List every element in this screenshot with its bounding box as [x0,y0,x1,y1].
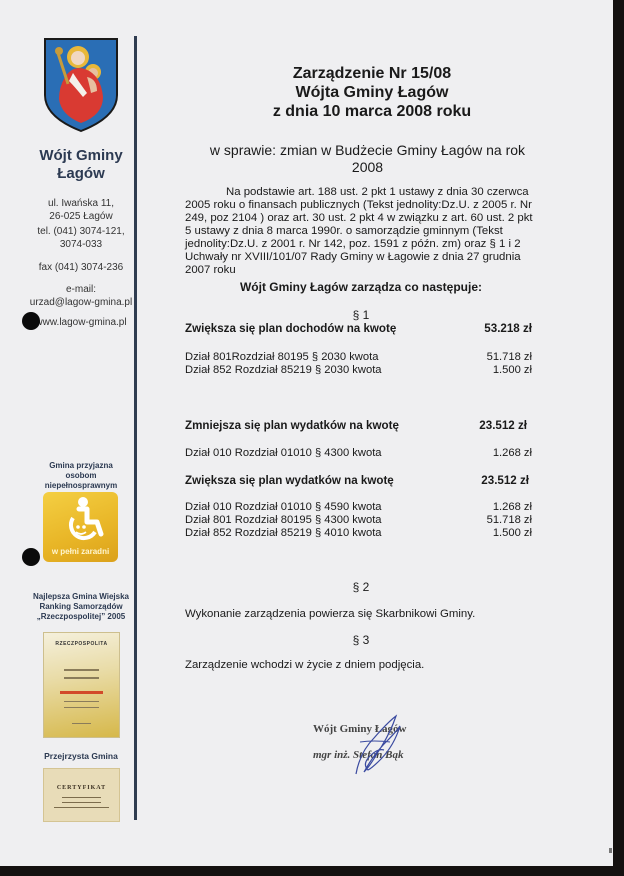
letterhead-sidebar: Wójt Gminy Łagów ul. Iwańska 11, 26-025 … [0,0,135,866]
email-link[interactable]: urzad@lagow-gmina.pl [0,296,162,309]
award-diploma-image: RZECZPOSPOLITA [43,632,120,738]
legal-basis-paragraph: Na podstawie art. 188 ust. 2 pkt 1 ustaw… [185,186,537,277]
badge-accessibility-title: Gmina przyjazna osobom niepełnosprawnym [0,461,162,491]
scan-border-bottom [0,866,624,876]
certificate-image: CERTYFIKAT [43,768,120,822]
address: ul. Iwańska 11, 26-025 Łagów [0,197,162,223]
sidebar-divider [134,36,137,820]
accessibility-badge: w pełni zaradni [43,492,118,562]
section-3-text: Zarządzenie wchodzi w życie z dniem podj… [185,659,424,671]
email: e-mail: urzad@lagow-gmina.pl [0,283,162,309]
office-title: Wójt Gminy Łagów [0,147,162,183]
section-3-heading: § 3 [185,633,537,647]
punch-hole [22,548,40,566]
handwritten-signature-icon [350,712,406,780]
coat-of-arms-icon [43,37,119,133]
scan-border-right [613,0,624,876]
section-1-heading: § 1 [185,308,537,322]
scan-artifact [609,848,612,853]
fax: fax (041) 3074-236 [0,261,162,274]
badge-ranking-title: Najlepsza Gmina Wiejska Ranking Samorząd… [0,592,162,622]
section-2-text: Wykonanie zarządzenia powierza się Skarb… [185,608,475,620]
document-page: Wójt Gminy Łagów ul. Iwańska 11, 26-025 … [0,0,613,866]
section-2-heading: § 2 [185,580,537,594]
telephone: tel. (041) 3074-121, 3074-033 [0,225,162,251]
wheelchair-icon [43,492,118,544]
badge-caption: w pełni zaradni [43,547,118,556]
document-subject: w sprawie: zmian w Budżecie Gminy Łagów … [190,142,545,176]
punch-hole [22,312,40,330]
decree-statement: Wójt Gminy Łagów zarządza co następuje: [185,280,537,294]
badge-transparency-title: Przejrzysta Gmina [0,751,162,761]
